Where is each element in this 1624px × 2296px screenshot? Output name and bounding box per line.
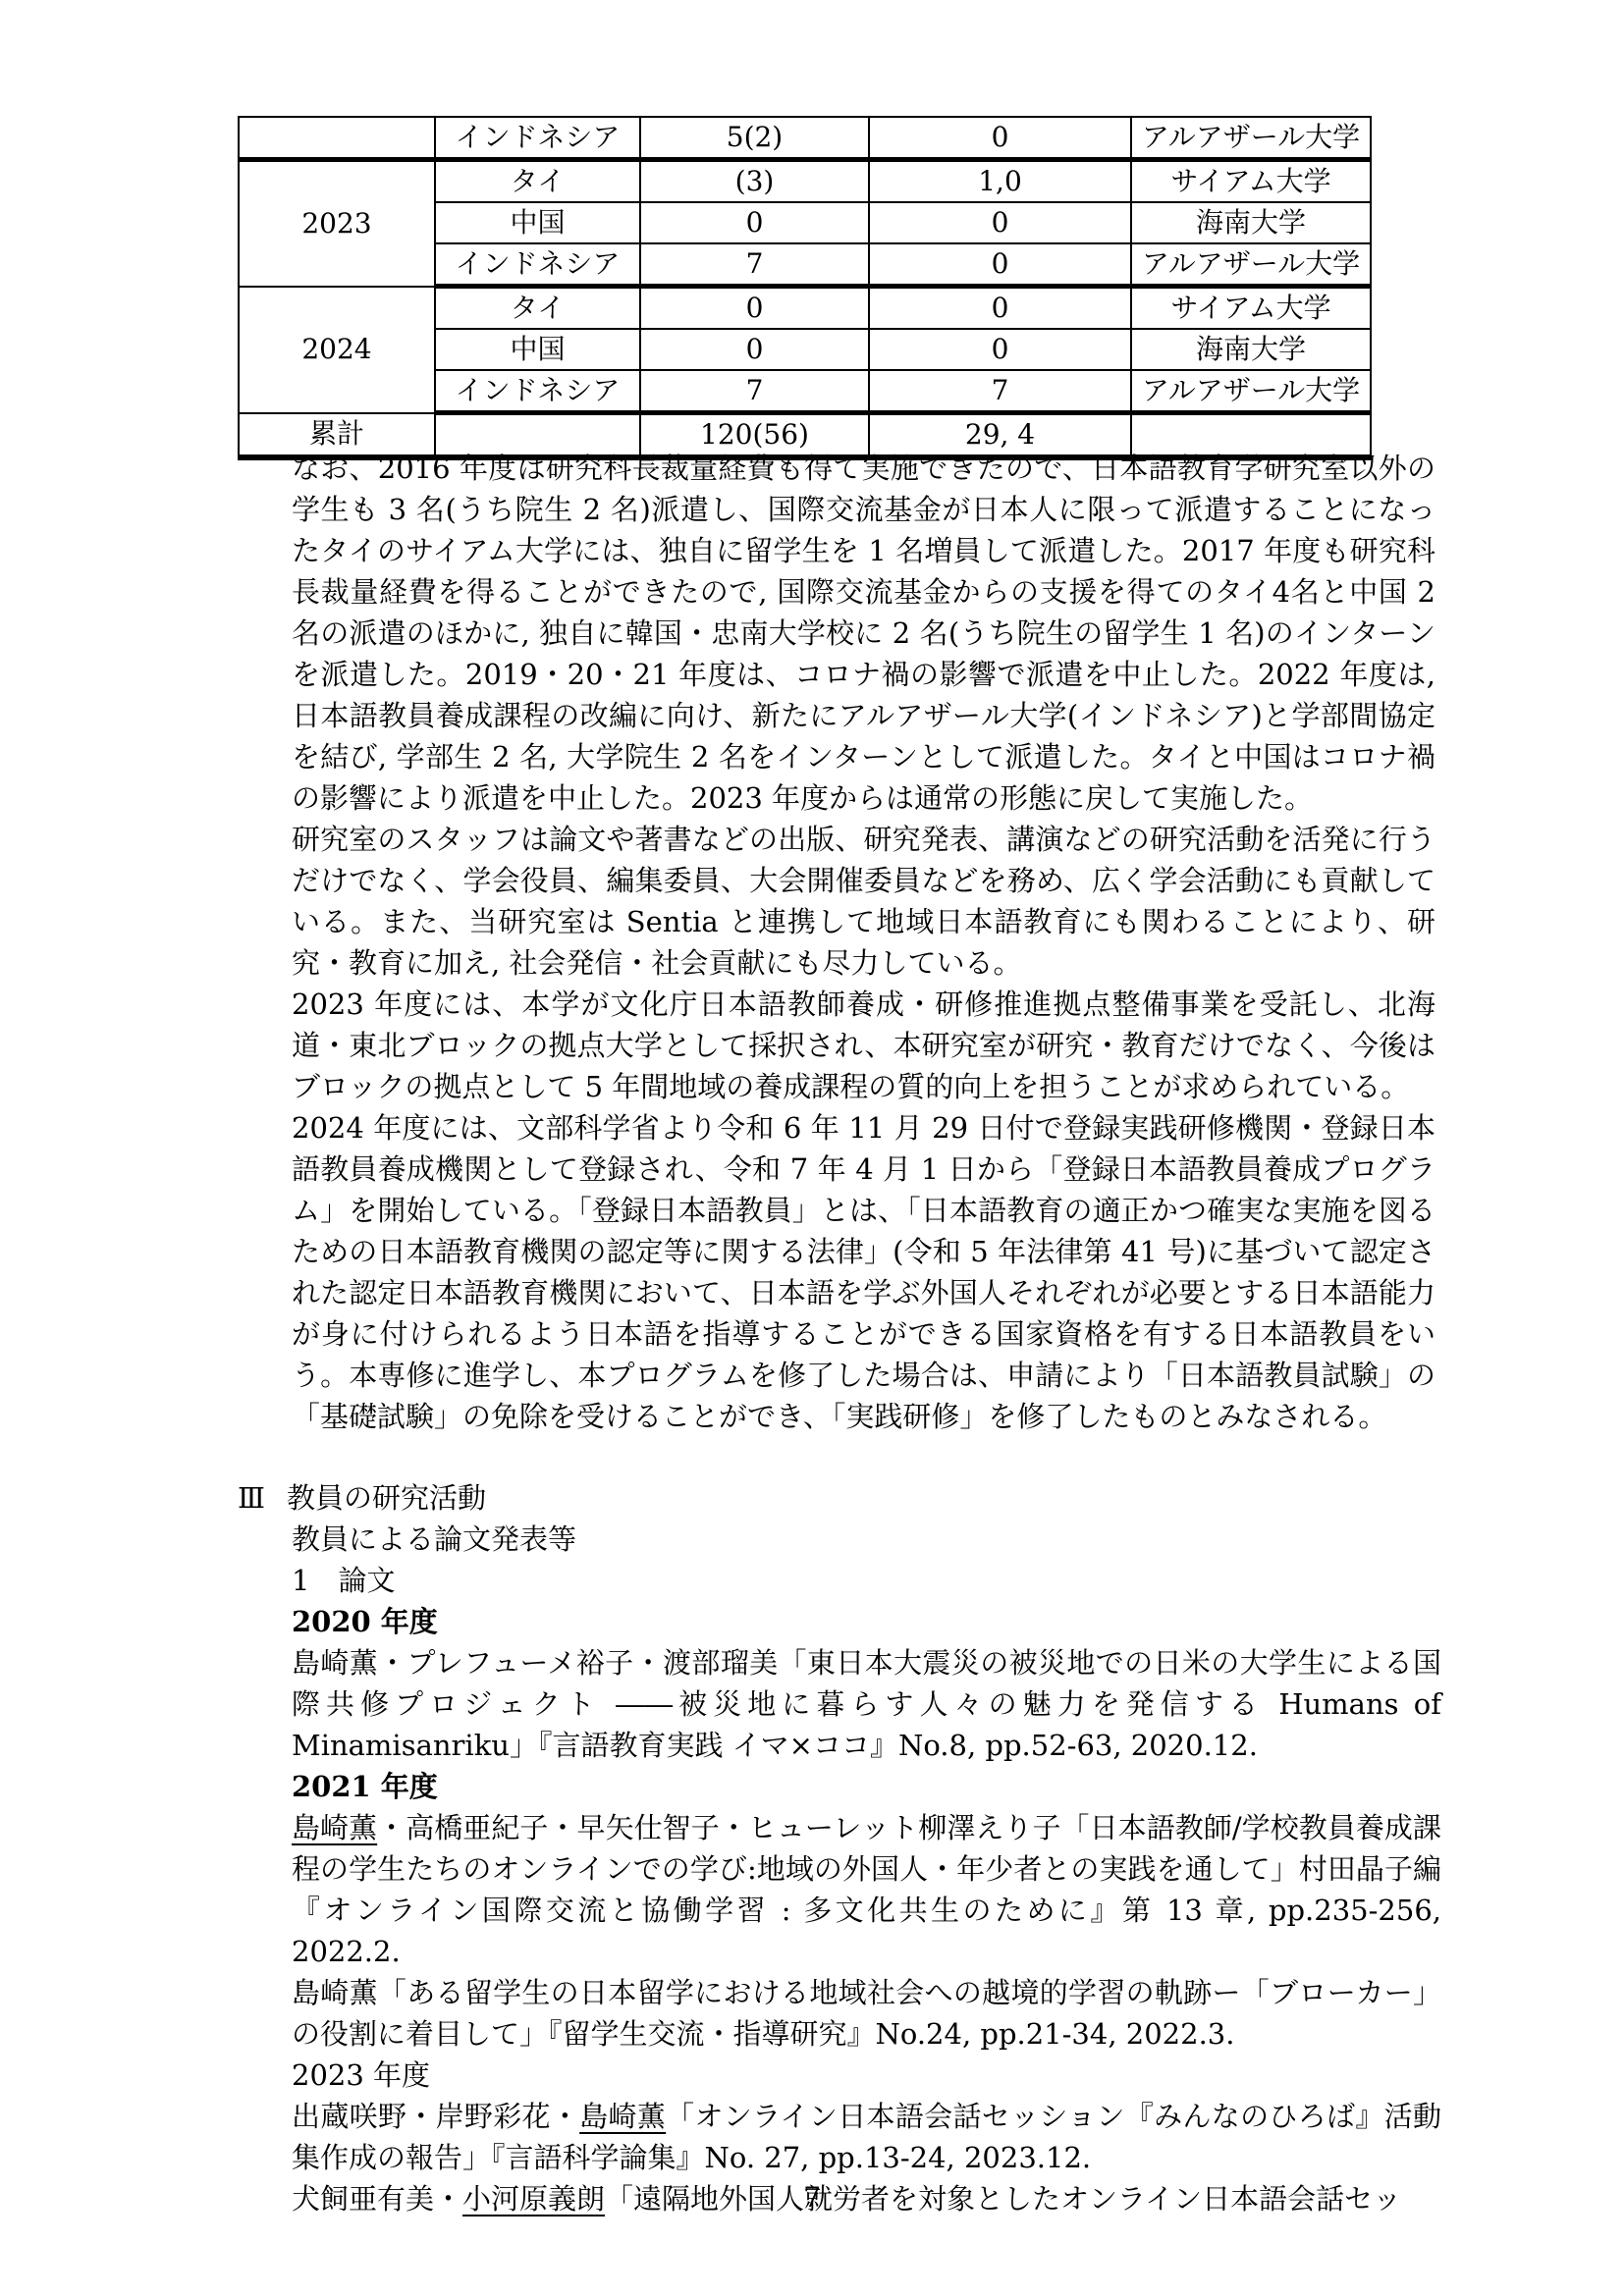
- dispatch-table: インドネシア 5(2) 0 アルアザール大学 2023 タイ (3) 1,0 サ…: [238, 116, 1370, 460]
- country-cell: インドネシア: [435, 117, 640, 160]
- count-cell: 0: [869, 329, 1131, 370]
- section-research-activities: Ⅲ教員の研究活動 教員による論文発表等 1 論文 2020 年度島崎薫・プレフュ…: [238, 1477, 1441, 2219]
- university-cell: サイアム大学: [1131, 287, 1371, 330]
- count-cell: (3): [640, 160, 869, 203]
- paragraph: なお、2016 年度は研究科長裁量経費も得て実施できたので、日本語教育学研究室以…: [292, 448, 1435, 819]
- list-label: 1 論文: [292, 1560, 1441, 1601]
- section-number: Ⅲ: [238, 1477, 265, 1519]
- publication-year-label: 2021 年度: [292, 1766, 1441, 1807]
- university-cell: アルアザール大学: [1131, 243, 1371, 287]
- country-cell: タイ: [435, 287, 640, 330]
- count-cell: 0: [869, 287, 1131, 330]
- author-name-underlined: 島崎薫: [292, 1811, 377, 1844]
- entry-text: 島崎薫・プレフューメ裕子・渡部瑠美「東日本大震災の被災地での日米の大学生による国…: [292, 1646, 1441, 1762]
- publication-entry: 島崎薫「ある留学生の日本留学における地域社会への越境的学習の軌跡ー「ブローカー」…: [292, 1972, 1441, 2055]
- university-cell: アルアザール大学: [1131, 117, 1371, 160]
- university-cell: 海南大学: [1131, 202, 1371, 243]
- country-cell: 中国: [435, 329, 640, 370]
- publication-groups: 2020 年度島崎薫・プレフューメ裕子・渡部瑠美「東日本大震災の被災地での日米の…: [238, 1601, 1441, 2219]
- count-cell: 0: [640, 287, 869, 330]
- count-cell: 0: [640, 329, 869, 370]
- year-cell: [239, 117, 435, 160]
- publication-entry: 島崎薫・高橋亜紀子・早矢仕智子・ヒューレット柳澤えり子「日本語教師/学校教員養成…: [292, 1807, 1441, 1972]
- table-row: 2024 タイ 0 0 サイアム大学: [239, 287, 1371, 330]
- author-name-underlined: 島崎薫: [579, 2100, 666, 2133]
- year-cell: 2023: [239, 160, 435, 287]
- publication-entry: 島崎薫・プレフューメ裕子・渡部瑠美「東日本大震災の被災地での日米の大学生による国…: [292, 1642, 1441, 1766]
- document-page: インドネシア 5(2) 0 アルアザール大学 2023 タイ (3) 1,0 サ…: [0, 0, 1624, 2296]
- count-cell: 7: [869, 370, 1131, 413]
- entry-text: 出蔵咲野・岸野彩花・: [292, 2100, 579, 2133]
- count-cell: 7: [640, 243, 869, 287]
- section-heading: Ⅲ教員の研究活動: [238, 1477, 1441, 1519]
- body-text-block: なお、2016 年度は研究科長裁量経費も得て実施できたので、日本語教育学研究室以…: [292, 448, 1435, 1437]
- paragraph: 研究室のスタッフは論文や著書などの出版、研究発表、講演などの研究活動を活発に行う…: [292, 819, 1435, 984]
- section-subheading: 教員による論文発表等: [292, 1519, 1441, 1560]
- count-cell: 0: [869, 117, 1131, 160]
- table-row: 2023 タイ (3) 1,0 サイアム大学: [239, 160, 1371, 203]
- count-cell: 0: [640, 202, 869, 243]
- country-cell: インドネシア: [435, 370, 640, 413]
- page-number: 7: [0, 2181, 1624, 2215]
- entry-text: 島崎薫「ある留学生の日本留学における地域社会への越境的学習の軌跡ー「ブローカー」…: [292, 1976, 1441, 2051]
- country-cell: タイ: [435, 160, 640, 203]
- country-cell: インドネシア: [435, 243, 640, 287]
- entry-text: ・高橋亜紀子・早矢仕智子・ヒューレット柳澤えり子「日本語教師/学校教員養成課程の…: [292, 1811, 1441, 1968]
- publication-entry: 出蔵咲野・岸野彩花・島崎薫「オンライン日本語会話セッション『みんなのひろば』活動…: [292, 2096, 1441, 2178]
- publication-year-label: 2020 年度: [292, 1601, 1441, 1642]
- publication-year-label: 2023 年度: [292, 2055, 1441, 2096]
- table-row: インドネシア 5(2) 0 アルアザール大学: [239, 117, 1371, 160]
- university-cell: 海南大学: [1131, 329, 1371, 370]
- university-cell: アルアザール大学: [1131, 370, 1371, 413]
- count-cell: 1,0: [869, 160, 1131, 203]
- university-cell: サイアム大学: [1131, 160, 1371, 203]
- count-cell: 7: [640, 370, 869, 413]
- year-cell: 2024: [239, 287, 435, 413]
- paragraph: 2024 年度には、文部科学省より令和 6 年 11 月 29 日付で登録実践研…: [292, 1107, 1435, 1437]
- country-cell: 中国: [435, 202, 640, 243]
- section-title: 教員の研究活動: [287, 1481, 486, 1515]
- count-cell: 0: [869, 202, 1131, 243]
- count-cell: 0: [869, 243, 1131, 287]
- count-cell: 5(2): [640, 117, 869, 160]
- paragraph: 2023 年度には、本学が文化庁日本語教師養成・研修推進拠点整備事業を受託し、北…: [292, 984, 1435, 1107]
